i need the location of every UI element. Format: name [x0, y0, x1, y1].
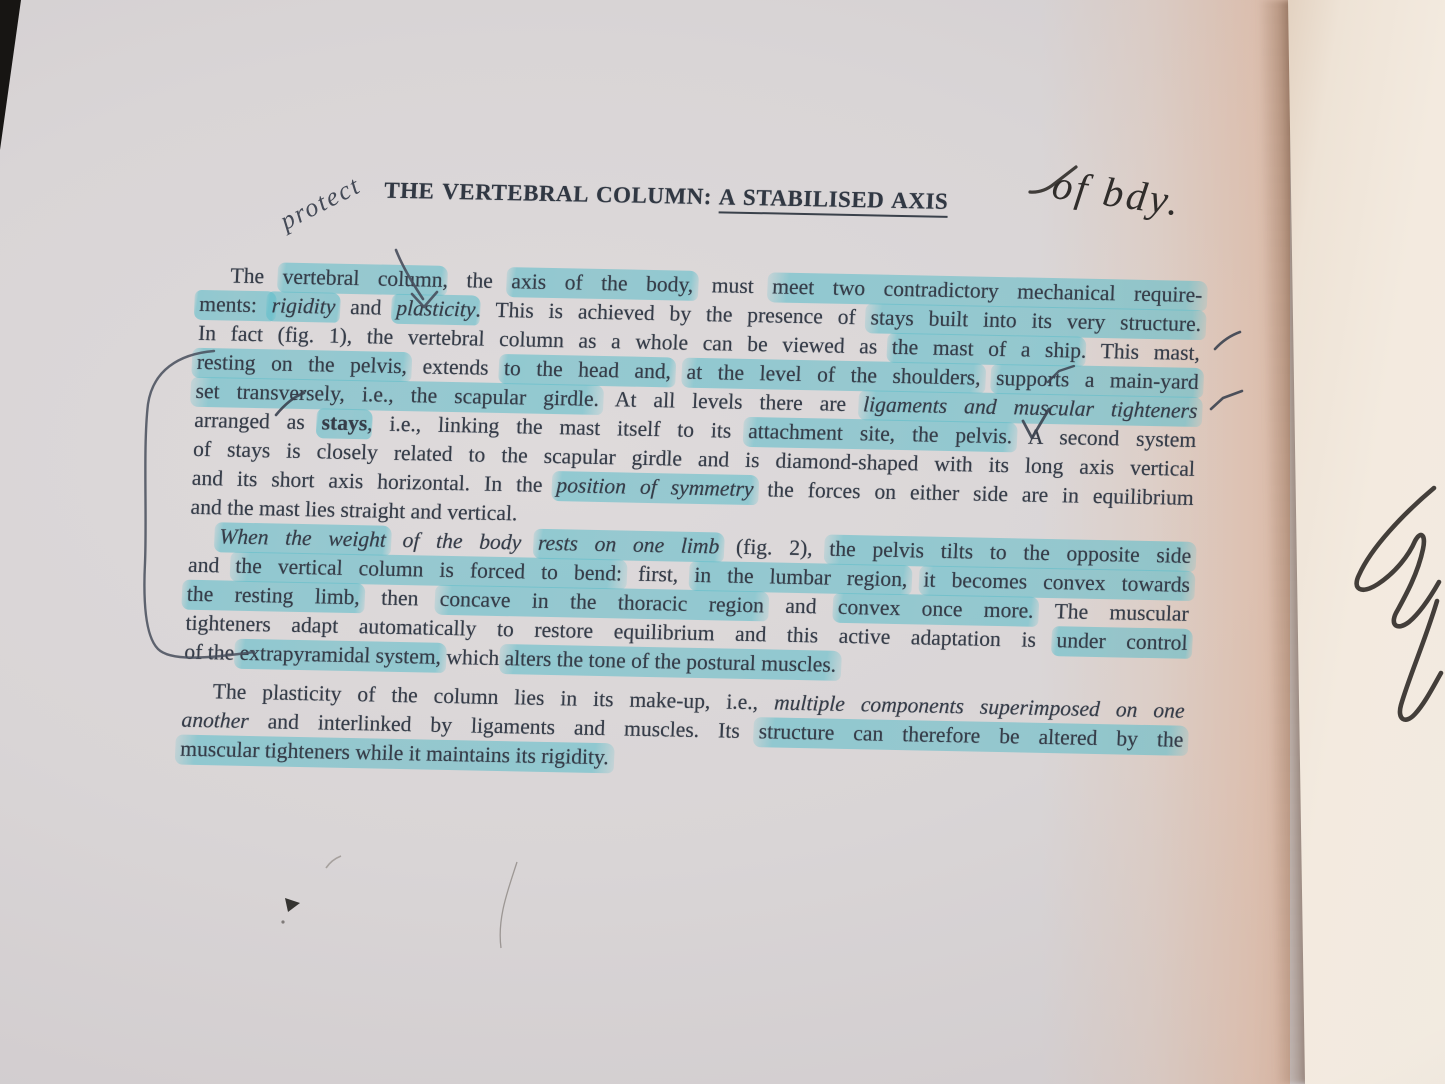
text-segment: which [441, 645, 506, 670]
text-segment: then [359, 585, 440, 611]
text-segment: of the [184, 640, 240, 665]
next-page-edge [1288, 0, 1445, 1084]
page-text: THE VERTEBRAL COLUMN: A STABILISED AXIS … [180, 172, 1207, 784]
highlighted-text-segment: rigidity [266, 291, 341, 322]
highlighted-text-segment: stays [316, 408, 373, 439]
ink-dot [281, 920, 284, 923]
paragraph: The vertebral column, the axis of the bo… [190, 261, 1203, 542]
body-text: The vertebral column, the axis of the bo… [180, 261, 1203, 784]
small-stroke [326, 856, 341, 868]
highlighted-text-segment: extrapyramidal system, [234, 639, 447, 673]
text-segment: must [693, 273, 773, 299]
text-segment: At all levels there are [599, 387, 864, 416]
text-segment: first, [622, 561, 695, 586]
tick-after-mast-icon [1215, 332, 1240, 349]
paragraph: The plasticity of the column lies in its… [180, 677, 1186, 784]
text-segment: arranged as [194, 408, 322, 435]
chapter-title-underlined: A STABILISED AXIS [718, 184, 949, 218]
highlighted-text-segment: plasticity [391, 294, 481, 326]
tick-after-tighteners-icon [1211, 391, 1242, 409]
text-segment: A second system [1012, 424, 1197, 452]
paragraph: When the weight of the body rests on one… [184, 522, 1192, 687]
book-photo: THE VERTEBRAL COLUMN: A STABILISED AXIS … [0, 0, 1445, 1084]
text-segment: , i.e., linking the mast itself to its [367, 411, 749, 443]
text-segment: (fig. 2), [719, 534, 830, 560]
text-segment: and the mast lies straight and vertical. [190, 495, 518, 526]
text-segment: . This mast, [1081, 339, 1201, 365]
text-segment: extends [407, 354, 505, 380]
text-segment: another [181, 708, 249, 733]
highlighted-text-segment: When the weight [214, 522, 392, 556]
text-segment: , the [442, 268, 512, 293]
text-segment: the forces on either side are in equilib… [753, 477, 1194, 510]
text-segment: The [230, 264, 283, 289]
chapter-title-pre: THE VERTEBRAL COLUMN: [384, 178, 720, 210]
highlighted-text-segment: alters the tone of the postural muscles. [499, 644, 842, 681]
highlighted-text-segment: position of symmetry [551, 471, 759, 505]
highlighted-text-segment: ments: [194, 290, 278, 322]
text-segment: and its short axis horizontal. In the [191, 466, 557, 497]
text-segment: of the body [385, 528, 538, 555]
text-segment: The muscular [1033, 599, 1189, 626]
ink-speck [285, 898, 300, 912]
text-segment: and [188, 553, 236, 578]
text-segment: and [335, 295, 397, 320]
highlighted-text-segment: vertebral column [277, 262, 448, 295]
text-segment: and [763, 593, 838, 618]
highlighted-text-segment: to the head and, [498, 354, 676, 388]
background-corner [0, 0, 30, 150]
hair-line [500, 862, 517, 948]
highlighted-text-segment: under control [1051, 626, 1193, 659]
text-segment: . This is achieved by the presence of [475, 297, 871, 329]
